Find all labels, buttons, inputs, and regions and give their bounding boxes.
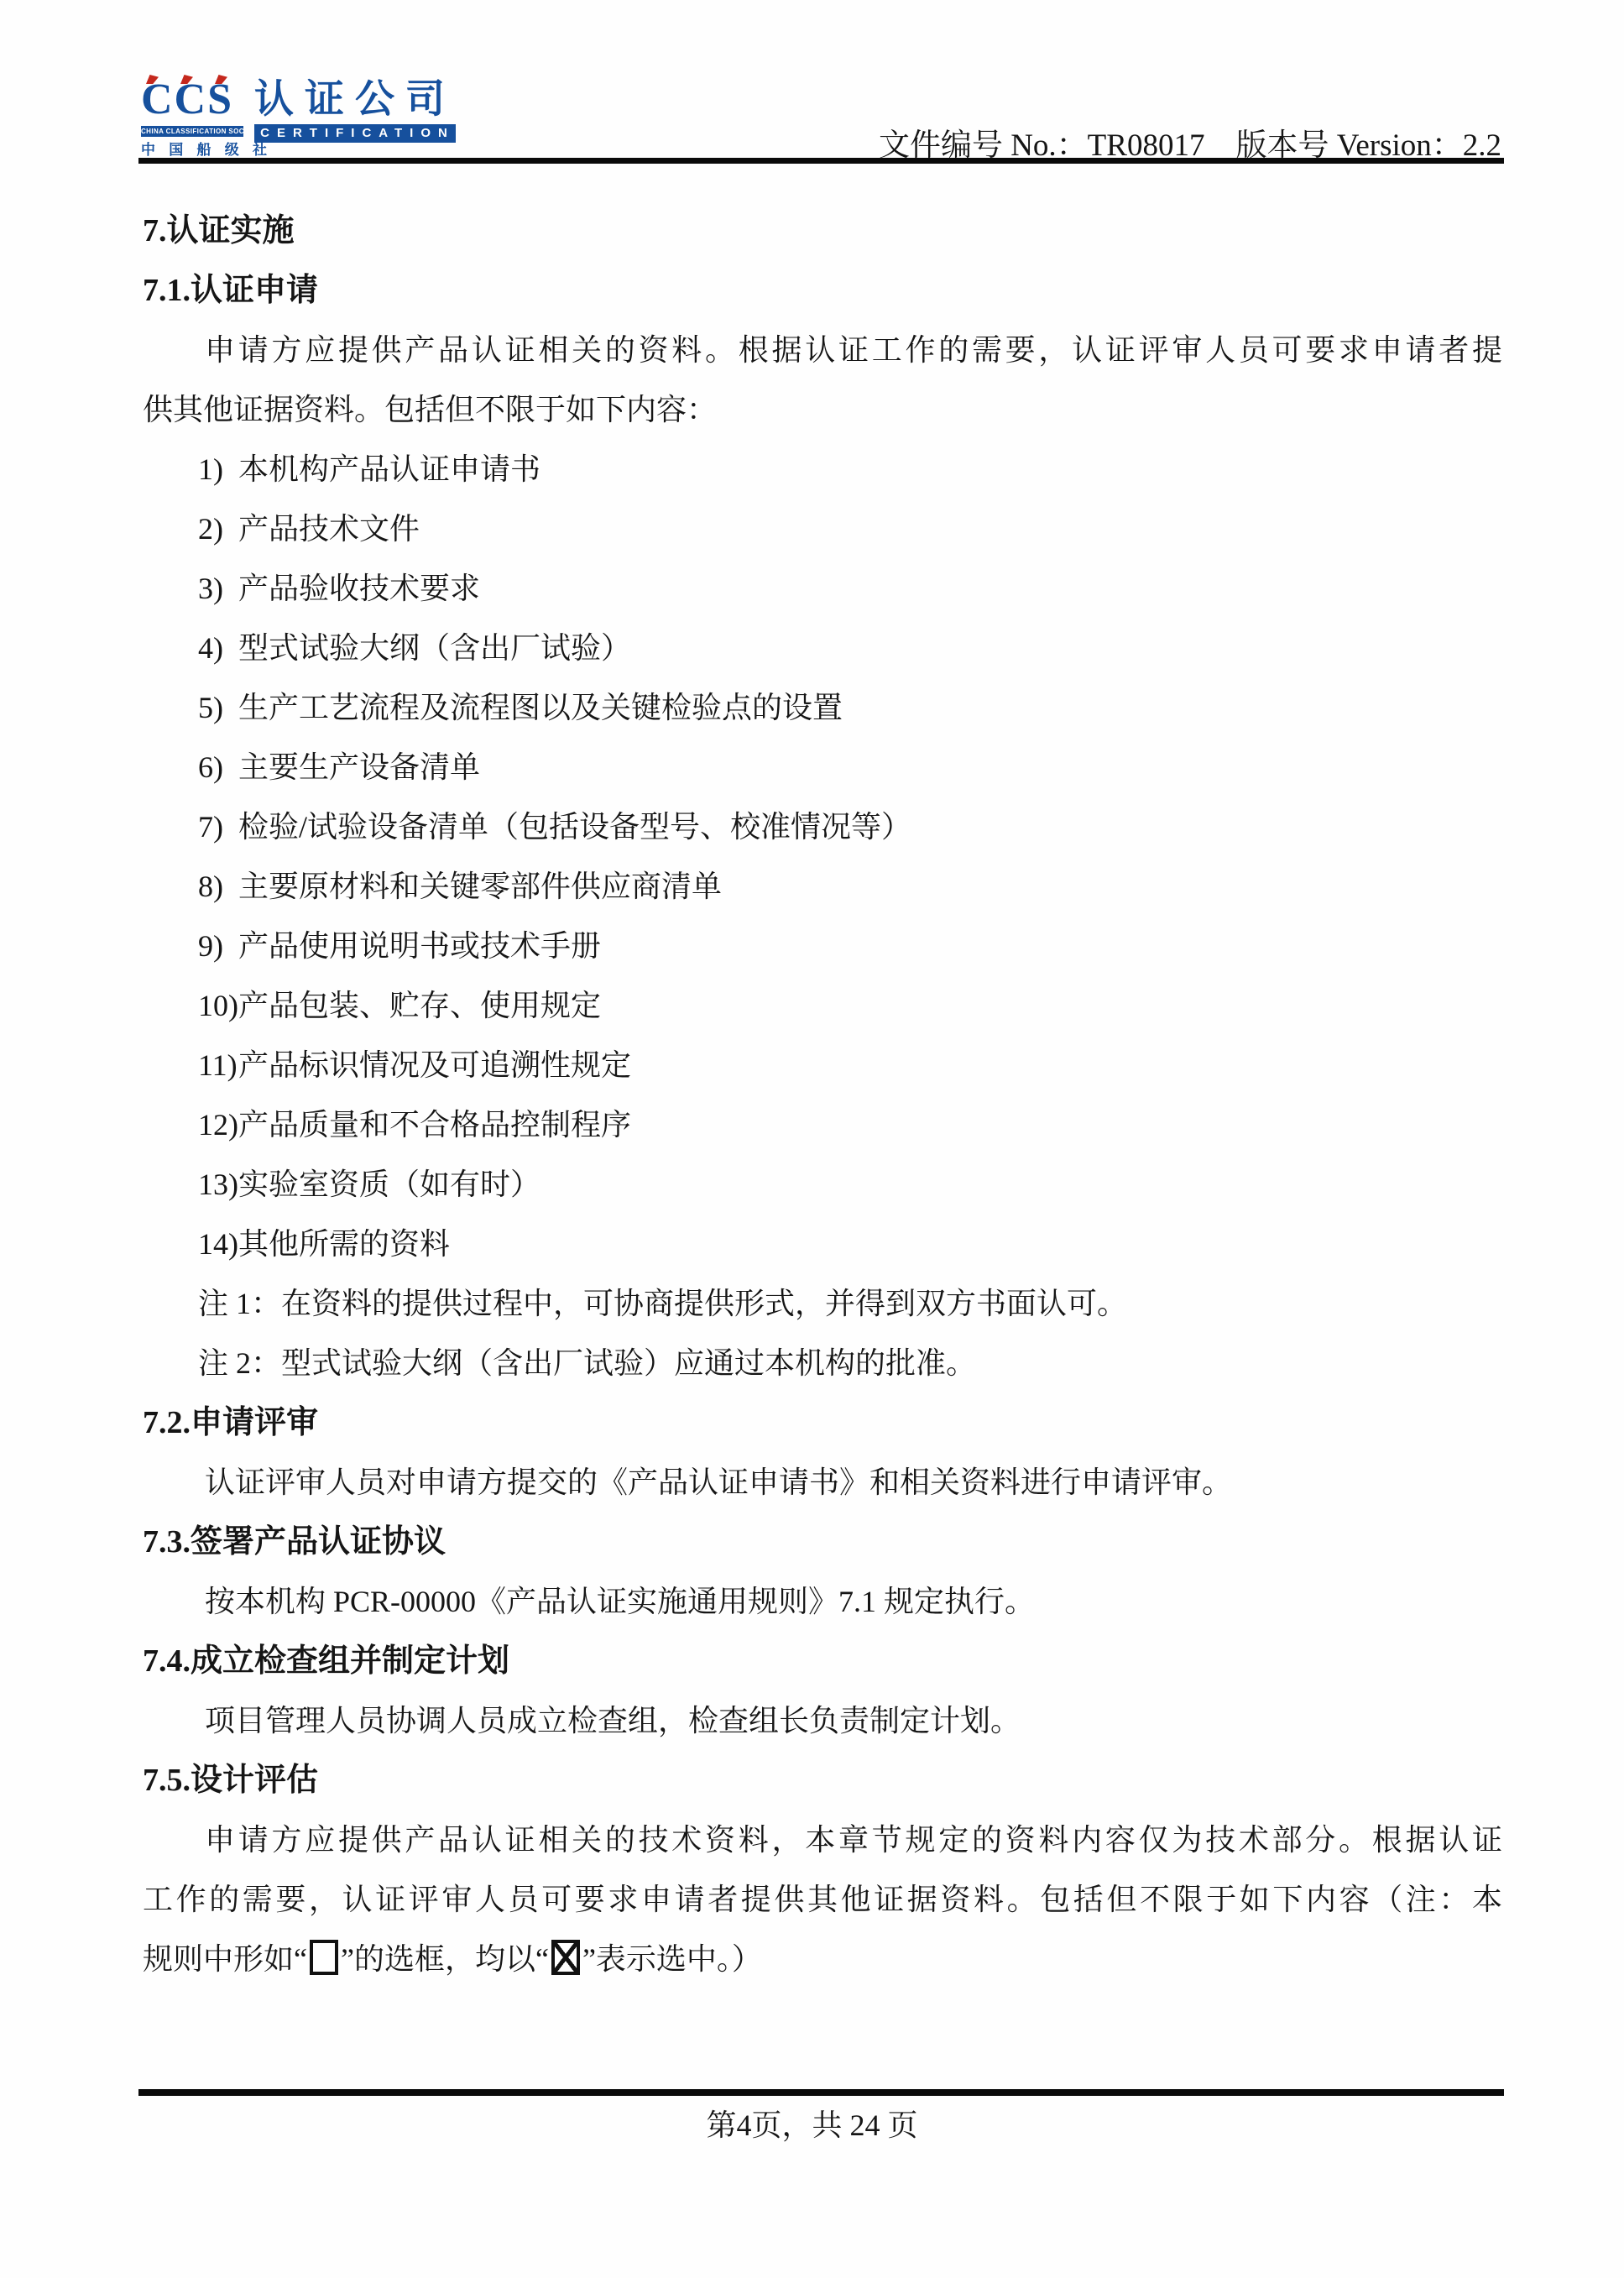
certification-banner: CERTIFICATION <box>254 124 456 143</box>
company-name: 认证公司 <box>254 81 456 120</box>
section-7-4-paragraph: 项目管理人员协调人员成立检查组，检查组长负责制定计划。 <box>143 1691 1502 1751</box>
list-item-text: 产品使用说明书或技术手册 <box>238 929 601 963</box>
list-item-text: 其他所需的资料 <box>238 1227 450 1261</box>
checkbox-checked-icon <box>551 1940 580 1975</box>
list-item-number: 5) <box>198 678 238 738</box>
list-item-text: 产品技术文件 <box>238 512 420 546</box>
ccs-chinese-name: 中 国 船 级 社 <box>141 138 243 159</box>
note-line: 注 2：型式试验大纲（含出厂试验）应通过本机构的批准。 <box>143 1334 1502 1393</box>
list-item-text: 本机构产品认证申请书 <box>238 452 540 486</box>
section-7-heading: 7.认证实施 <box>143 201 1502 261</box>
ccs-logo-right: 认证公司 CERTIFICATION <box>254 81 456 143</box>
section-7-4-heading: 7.4.成立检查组并制定计划 <box>143 1632 1502 1691</box>
list-item: 13)实验室资质（如有时） <box>143 1155 1502 1215</box>
section-7-1-paragraph-line: 供其他证据资料。包括但不限于如下内容： <box>143 380 1502 440</box>
list-item-number: 9) <box>198 917 238 976</box>
list-item: 9)产品使用说明书或技术手册 <box>143 917 1502 976</box>
ccs-logo: CCS CHINA CLASSIFICATION SOCIETY 中 国 船 级… <box>141 81 456 159</box>
section-7-1-heading: 7.1.认证申请 <box>143 261 1502 321</box>
list-item: 3)产品验收技术要求 <box>143 559 1502 619</box>
ccs-society-banner: CHINA CLASSIFICATION SOCIETY <box>141 126 243 137</box>
list-item: 5)生产工艺流程及流程图以及关键检验点的设置 <box>143 678 1502 738</box>
list-item-number: 1) <box>198 440 238 499</box>
list-item: 4)型式试验大纲（含出厂试验） <box>143 619 1502 678</box>
list-item: 1)本机构产品认证申请书 <box>143 440 1502 499</box>
section-7-5-paragraph-line: 申请方应提供产品认证相关的技术资料，本章节规定的资料内容仅为技术部分。根据认证 <box>143 1810 1502 1870</box>
list-item-number: 13) <box>198 1155 238 1215</box>
section-7-5-heading: 7.5.设计评估 <box>143 1751 1502 1810</box>
list-item-text: 产品包装、贮存、使用规定 <box>238 989 601 1022</box>
list-item-text: 产品标识情况及可追溯性规定 <box>238 1048 631 1082</box>
list-item: 8)主要原材料和关键零部件供应商清单 <box>143 857 1502 917</box>
section-7-5-paragraph-line: 规则中形如“”的选框，均以“”表示选中。） <box>143 1930 1502 1989</box>
section-7-3-heading: 7.3.签署产品认证协议 <box>143 1513 1502 1572</box>
list-item-number: 14) <box>198 1215 238 1274</box>
list-item-number: 12) <box>198 1095 238 1155</box>
document-page: CCS CHINA CLASSIFICATION SOCIETY 中 国 船 级… <box>0 0 1624 2278</box>
list-item: 12)产品质量和不合格品控制程序 <box>143 1095 1502 1155</box>
list-item-text: 主要生产设备清单 <box>238 750 480 784</box>
section-7-3-paragraph: 按本机构 PCR-00000《产品认证实施通用规则》7.1 规定执行。 <box>143 1572 1502 1632</box>
list-item-number: 7) <box>198 797 238 857</box>
list-item-number: 3) <box>198 559 238 619</box>
list-item-number: 4) <box>198 619 238 678</box>
section-7-5-paragraph-line: 工作的需要，认证评审人员可要求申请者提供其他证据资料。包括但不限于如下内容（注：… <box>143 1870 1502 1930</box>
list-item-text: 实验室资质（如有时） <box>238 1168 540 1201</box>
checkbox-empty-icon <box>310 1940 338 1975</box>
document-body: 7.认证实施 7.1.认证申请 申请方应提供产品认证相关的资料。根据认证工作的需… <box>143 201 1502 1989</box>
note-line: 注 1：在资料的提供过程中，可协商提供形式，并得到双方书面认可。 <box>143 1274 1502 1334</box>
list-item: 2)产品技术文件 <box>143 499 1502 559</box>
list-item-number: 6) <box>198 738 238 797</box>
list-item: 7)检验/试验设备清单（包括设备型号、校准情况等） <box>143 797 1502 857</box>
list-item-number: 2) <box>198 499 238 559</box>
list-item-text: 检验/试验设备清单（包括设备型号、校准情况等） <box>238 810 911 844</box>
footer-divider <box>138 2089 1504 2096</box>
list-item: 11)产品标识情况及可追溯性规定 <box>143 1036 1502 1095</box>
list-item-text: 主要原材料和关键零部件供应商清单 <box>238 870 722 903</box>
paragraph-text: ”表示选中。） <box>582 1942 762 1976</box>
section-7-2-paragraph: 认证评审人员对申请方提交的《产品认证申请书》和相关资料进行申请评审。 <box>143 1453 1502 1513</box>
list-item-number: 10) <box>198 976 238 1036</box>
paragraph-text: 规则中形如“ <box>143 1942 307 1976</box>
list-item: 10)产品包装、贮存、使用规定 <box>143 976 1502 1036</box>
paragraph-text: ”的选框，均以“ <box>341 1942 549 1976</box>
section-7-1-paragraph-line: 申请方应提供产品认证相关的资料。根据认证工作的需要，认证评审人员可要求申请者提 <box>143 321 1502 380</box>
ccs-logo-left: CCS CHINA CLASSIFICATION SOCIETY 中 国 船 级… <box>141 81 243 159</box>
list-item: 6)主要生产设备清单 <box>143 738 1502 797</box>
header-divider <box>138 158 1504 164</box>
list-item-text: 型式试验大纲（含出厂试验） <box>238 631 631 665</box>
list-item-text: 产品质量和不合格品控制程序 <box>238 1108 631 1142</box>
footer-page-number: 第4页，共 24 页 <box>0 2098 1624 2152</box>
list-item-text: 生产工艺流程及流程图以及关键检验点的设置 <box>238 691 843 724</box>
list-item-number: 8) <box>198 857 238 917</box>
list-item-number: 11) <box>198 1036 238 1095</box>
section-7-2-heading: 7.2.申请评审 <box>143 1393 1502 1453</box>
list-item: 14)其他所需的资料 <box>143 1215 1502 1274</box>
list-item-text: 产品验收技术要求 <box>238 572 480 605</box>
ccs-mark: CCS <box>141 81 243 123</box>
